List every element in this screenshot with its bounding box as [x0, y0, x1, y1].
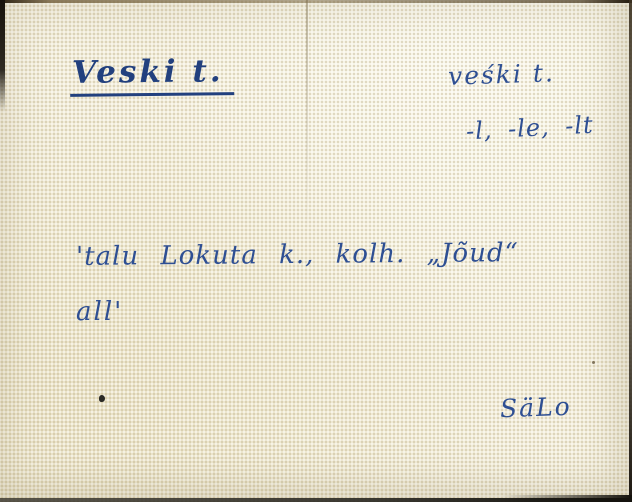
paper-speck — [592, 361, 595, 364]
card-crease — [306, 0, 308, 232]
inflections: -l, -le, -lt — [465, 111, 594, 146]
signature: SäLo — [500, 392, 573, 423]
headword: Veski t. — [70, 53, 234, 97]
scan-edge-top — [0, 0, 632, 3]
pronunciation: veśki t. — [448, 58, 556, 91]
scan-edge-left — [0, 0, 5, 112]
index-card: Veski t. veśki t. -l, -le, -lt 'talu Lok… — [0, 0, 632, 502]
ink-speck — [99, 395, 105, 402]
scanned-index-card-image: Veski t. veśki t. -l, -le, -lt 'talu Lok… — [0, 0, 632, 502]
usage-line-2: all' — [76, 297, 123, 327]
usage-line-1: 'talu Lokuta k., kolh. „Jõud“ — [76, 238, 519, 272]
scan-edge-bottom-right — [502, 495, 632, 502]
